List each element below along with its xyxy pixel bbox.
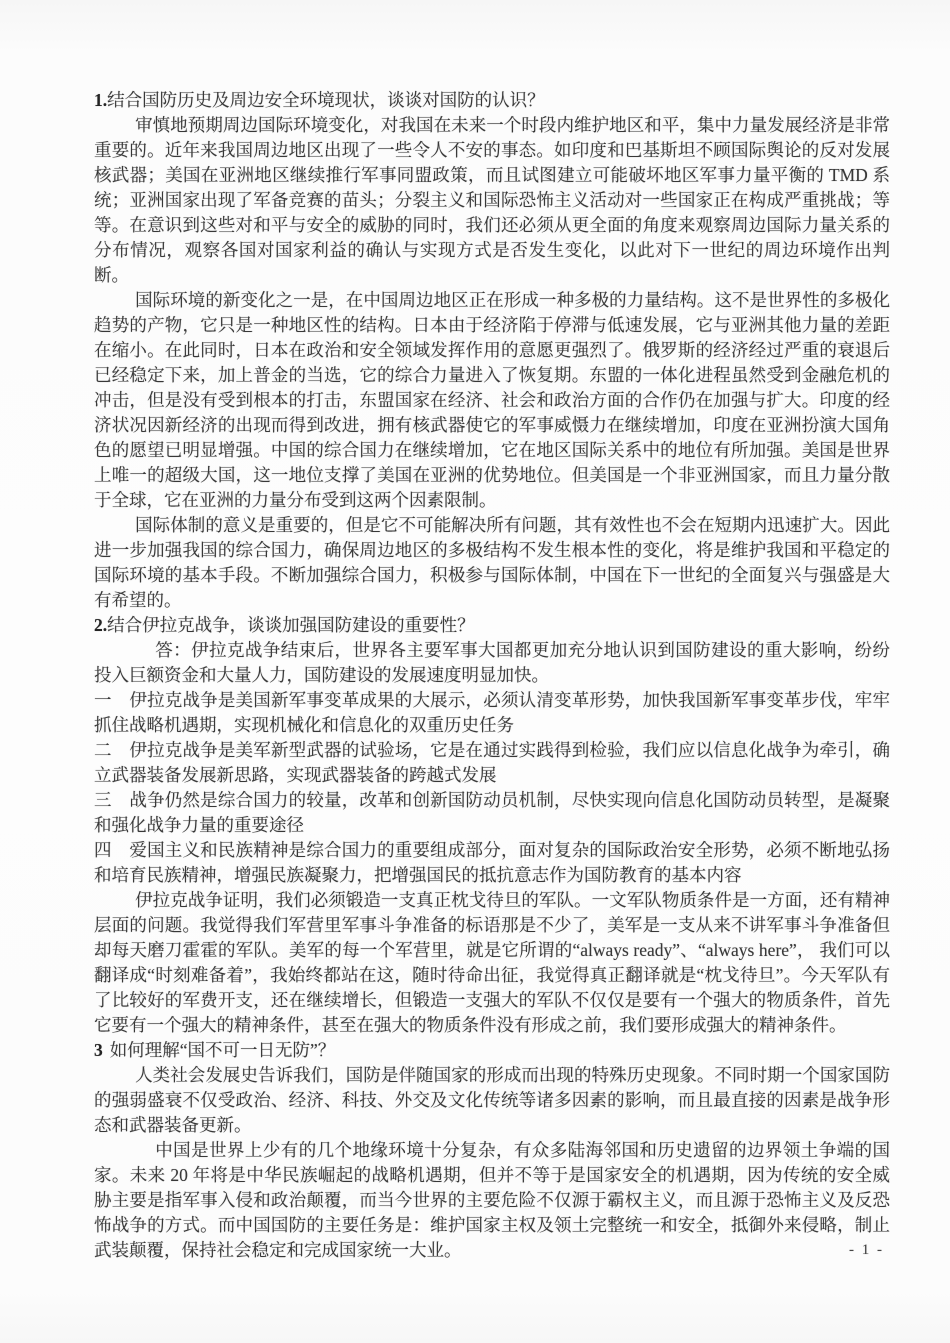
question-2-title: 结合伊拉克战争，谈谈加强国防建设的重要性？ bbox=[107, 615, 475, 635]
q2-point-4: 四 爱国主义和民族精神是综合国力的重要组成部分，面对复杂的国际政治安全形势，必须… bbox=[94, 838, 890, 888]
question-2-number: 2. bbox=[94, 615, 107, 635]
question-3-number: 3 bbox=[94, 1040, 103, 1060]
q2-point-2: 二 伊拉克战争是美军新型武器的试验场，它是在通过实践得到检验，我们应以信息化战争… bbox=[94, 738, 890, 788]
q2-conclusion-paragraph: 伊拉克战争证明，我们必须锻造一支真正枕戈待旦的军队。一文军队物质条件是一方面，还… bbox=[94, 888, 890, 1038]
q2-point-1: 一 伊拉克战争是美国新军事变革成果的大展示，必须认清变革形势，加快我国新军事变革… bbox=[94, 688, 890, 738]
scanned-document-page: 1.结合国防历史及周边安全环境现状，谈谈对国防的认识？ 审慎地预期周边国际环境变… bbox=[0, 0, 950, 1343]
q1-paragraph-1: 审慎地预期周边国际环境变化，对我国在未来一个时段内维护地区和平，集中力量发展经济… bbox=[94, 113, 890, 288]
q1-paragraph-2: 国际环境的新变化之一是，在中国周边地区正在形成一种多极的力量结构。这不是世界性的… bbox=[94, 288, 890, 513]
page-number: - 1 - bbox=[849, 1242, 884, 1259]
question-3-heading: 3如何理解“国不可一日无防”？ bbox=[94, 1038, 890, 1063]
question-1-number: 1. bbox=[94, 90, 107, 110]
q2-answer-intro: 答：伊拉克战争结束后，世界各主要军事大国都更加充分地认识到国防建设的重大影响，纷… bbox=[94, 638, 890, 688]
q1-paragraph-3: 国际体制的意义是重要的，但是它不可能解决所有问题，其有效性也不会在短期内迅速扩大… bbox=[94, 513, 890, 613]
q2-point-3: 三 战争仍然是综合国力的较量，改革和创新国防动员机制，尽快实现向信息化国防动员转… bbox=[94, 788, 890, 838]
question-1-title: 结合国防历史及周边安全环境现状，谈谈对国防的认识？ bbox=[107, 90, 545, 110]
q3-paragraph-1: 人类社会发展史告诉我们，国防是伴随国家的形成而出现的特殊历史现象。不同时期一个国… bbox=[94, 1063, 890, 1138]
question-3-title: 如何理解“国不可一日无防”？ bbox=[110, 1040, 336, 1060]
question-2-heading: 2.结合伊拉克战争，谈谈加强国防建设的重要性？ bbox=[94, 613, 890, 638]
document-text-block: 1.结合国防历史及周边安全环境现状，谈谈对国防的认识？ 审慎地预期周边国际环境变… bbox=[94, 88, 890, 1263]
q3-paragraph-2: 中国是世界上少有的几个地缘环境十分复杂，有众多陆海邻国和历史遗留的边界领土争端的… bbox=[94, 1138, 890, 1263]
question-1-heading: 1.结合国防历史及周边安全环境现状，谈谈对国防的认识？ bbox=[94, 88, 890, 113]
